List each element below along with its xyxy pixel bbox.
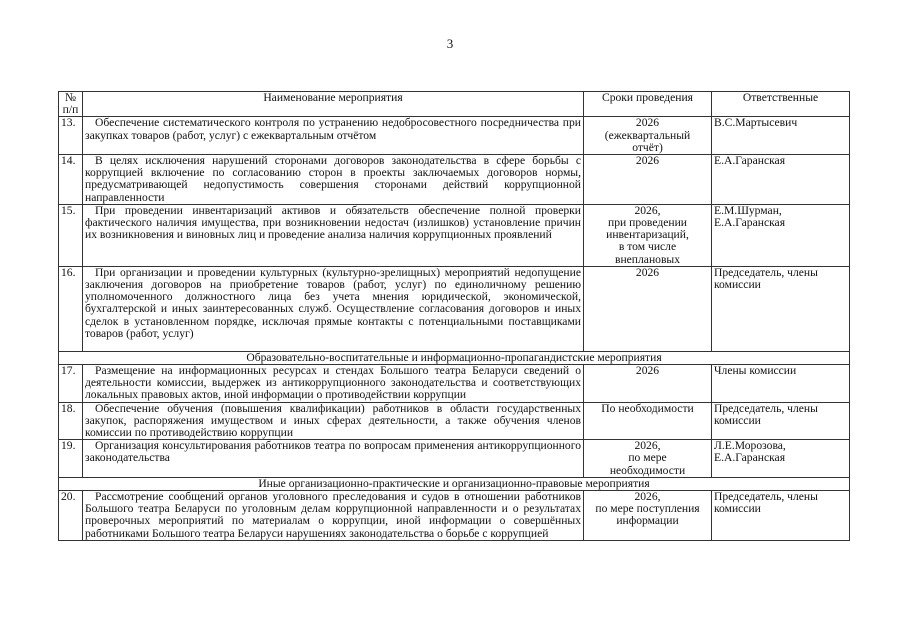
table-body: 13.Обеспечение систематического контроля…	[59, 117, 850, 540]
table-row: 15.При проведении инвентаризаций активов…	[59, 204, 850, 266]
header-num: № п/п	[59, 92, 83, 117]
activity-text: При проведении инвентаризаций активов и …	[85, 205, 581, 242]
table-row: 14.В целях исключения нарушений сторонам…	[59, 155, 850, 205]
activity-text: Организация консультирования работников …	[85, 440, 581, 464]
row-activity: Рассмотрение сообщений органов уголовног…	[83, 491, 584, 541]
row-term: 2026	[584, 155, 712, 205]
header-term: Сроки проведения	[584, 92, 712, 117]
action-plan-table: № п/п Наименование мероприятия Сроки про…	[58, 91, 850, 541]
term-line: 2026	[586, 267, 709, 279]
row-responsible: В.С.Мартысевич	[712, 117, 850, 155]
term-line: информации	[586, 515, 709, 527]
table-row: 13.Обеспечение систематического контроля…	[59, 117, 850, 155]
row-number: 16.	[59, 266, 83, 351]
row-term: 2026(ежеквартальныйотчёт)	[584, 117, 712, 155]
row-number: 19.	[59, 440, 83, 478]
term-line: по мере	[586, 452, 709, 464]
activity-text: При организации и проведении культурных …	[85, 267, 581, 340]
term-line: (ежеквартальный	[586, 130, 709, 142]
activity-text: Обеспечение обучения (повышения квалифик…	[85, 403, 581, 440]
row-number: 13.	[59, 117, 83, 155]
row-term: 2026	[584, 365, 712, 403]
row-activity: При организации и проведении культурных …	[83, 266, 584, 351]
activity-text: Размещение на информационных ресурсах и …	[85, 365, 581, 402]
row-number: 20.	[59, 491, 83, 541]
row-responsible: Е.А.Гаранская	[712, 155, 850, 205]
term-line: отчёт)	[586, 142, 709, 154]
table-row: 19.Организация консультирования работник…	[59, 440, 850, 478]
term-line: внеплановых	[586, 254, 709, 266]
table-row: 16.При организации и проведении культурн…	[59, 266, 850, 351]
row-activity: Организация консультирования работников …	[83, 440, 584, 478]
row-activity: Обеспечение систематического контроля по…	[83, 117, 584, 155]
row-number: 15.	[59, 204, 83, 266]
row-responsible: Члены комиссии	[712, 365, 850, 403]
row-activity: Обеспечение обучения (повышения квалифик…	[83, 402, 584, 440]
header-name: Наименование мероприятия	[83, 92, 584, 117]
term-line: необходимости	[586, 465, 709, 477]
activity-text: Обеспечение систематического контроля по…	[85, 117, 581, 141]
page-number: 3	[0, 36, 900, 52]
header-responsible: Ответственные	[712, 92, 850, 117]
table-row: 18.Обеспечение обучения (повышения квали…	[59, 402, 850, 440]
activity-text: В целях исключения нарушений сторонами д…	[85, 155, 581, 204]
row-responsible: Е.М.Шурман, Е.А.Гаранская	[712, 204, 850, 266]
table-row: 20.Рассмотрение сообщений органов уголов…	[59, 491, 850, 541]
row-responsible: Председатель, члены комиссии	[712, 491, 850, 541]
row-activity: Размещение на информационных ресурсах и …	[83, 365, 584, 403]
row-term: 2026,по меренеобходимости	[584, 440, 712, 478]
section-row: Иные организационно-практические и орган…	[59, 477, 850, 490]
row-number: 18.	[59, 402, 83, 440]
term-line: 2026	[586, 117, 709, 129]
table-header-row: № п/п Наименование мероприятия Сроки про…	[59, 92, 850, 117]
row-responsible: Председатель, члены комиссии	[712, 266, 850, 351]
row-activity: При проведении инвентаризаций активов и …	[83, 204, 584, 266]
row-term: По необходимости	[584, 402, 712, 440]
section-title: Иные организационно-практические и орган…	[59, 477, 850, 490]
term-line: в том числе	[586, 241, 709, 253]
table-row: 17.Размещение на информационных ресурсах…	[59, 365, 850, 403]
term-line: 2026	[586, 365, 709, 377]
section-row: Образовательно-воспитательные и информац…	[59, 351, 850, 364]
row-responsible: Председатель, члены комиссии	[712, 402, 850, 440]
term-line: 2026	[586, 155, 709, 167]
row-term: 2026,по мере поступленияинформации	[584, 491, 712, 541]
row-term: 2026,при проведенииинвентаризаций,в том …	[584, 204, 712, 266]
row-number: 14.	[59, 155, 83, 205]
section-title: Образовательно-воспитательные и информац…	[59, 351, 850, 364]
row-activity: В целях исключения нарушений сторонами д…	[83, 155, 584, 205]
activity-text: Рассмотрение сообщений органов уголовног…	[85, 491, 581, 540]
row-number: 17.	[59, 365, 83, 403]
row-term: 2026	[584, 266, 712, 351]
term-line: По необходимости	[586, 403, 709, 415]
row-responsible: Л.Е.Морозова, Е.А.Гаранская	[712, 440, 850, 478]
